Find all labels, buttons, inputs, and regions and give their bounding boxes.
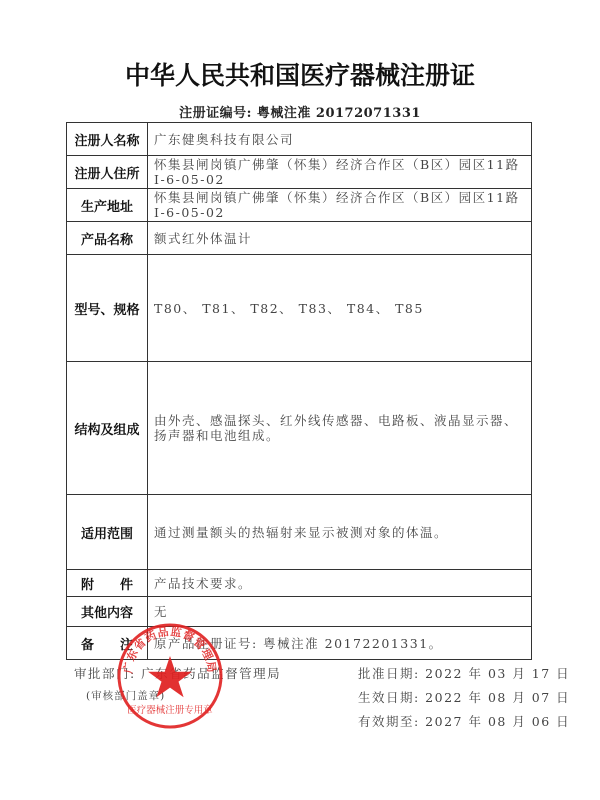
row-value: 怀集县闸岗镇广佛肇（怀集）经济合作区（B区）园区11路I-6-05-02 (148, 156, 532, 189)
row-label: 适用范围 (67, 495, 148, 570)
row-label: 注册人名称 (67, 123, 148, 156)
row-label: 注册人住所 (67, 156, 148, 189)
row-label: 型号、规格 (67, 255, 148, 362)
row-label: 结构及组成 (67, 362, 148, 495)
certificate-table: 注册人名称 广东健奥科技有限公司 注册人住所 怀集县闸岗镇广佛肇（怀集）经济合作… (66, 122, 532, 660)
row-value: T80、 T81、 T82、 T83、 T84、 T85 (148, 255, 532, 362)
effective-date: 生效日期: 2022 年 08 月 07 日 (358, 688, 570, 706)
table-row: 注册人住所 怀集县闸岗镇广佛肇（怀集）经济合作区（B区）园区11路I-6-05-… (67, 156, 532, 189)
row-value: 通过测量额头的热辐射来显示被测对象的体温。 (148, 495, 532, 570)
row-value: 产品技术要求。 (148, 570, 532, 597)
table-row: 注册人名称 广东健奥科技有限公司 (67, 123, 532, 156)
row-value: 无 (148, 597, 532, 627)
table-row: 备 注 原产品注册证号: 粤械注准 20172201331。 (67, 627, 532, 660)
table-row: 适用范围 通过测量额头的热辐射来显示被测对象的体温。 (67, 495, 532, 570)
row-label: 其他内容 (67, 597, 148, 627)
row-label: 附 件 (67, 570, 148, 597)
expiry-date: 有效期至: 2027 年 08 月 06 日 (358, 712, 570, 730)
row-label: 生产地址 (67, 189, 148, 222)
row-value: 由外壳、感温探头、红外线传感器、电路板、液晶显示器、扬声器和电池组成。 (148, 362, 532, 495)
table-row: 结构及组成 由外壳、感温探头、红外线传感器、电路板、液晶显示器、扬声器和电池组成… (67, 362, 532, 495)
row-value: 原产品注册证号: 粤械注准 20172201331。 (148, 627, 532, 660)
table-row: 其他内容 无 (67, 597, 532, 627)
registration-number: 注册证编号: 粤械注准 20172071331 (0, 102, 600, 121)
approval-date: 批准日期: 2022 年 03 月 17 日 (358, 664, 570, 682)
table-row: 型号、规格 T80、 T81、 T82、 T83、 T84、 T85 (67, 255, 532, 362)
table-row: 生产地址 怀集县闸岗镇广佛肇（怀集）经济合作区（B区）园区11路I-6-05-0… (67, 189, 532, 222)
approval-department-note: (审核部门盖章) (86, 688, 165, 703)
row-label: 备 注 (67, 627, 148, 660)
seal-bottom-text: 医疗器械注册专用章 (127, 704, 213, 716)
table-row: 附 件 产品技术要求。 (67, 570, 532, 597)
row-value: 广东健奥科技有限公司 (148, 123, 532, 156)
row-label: 产品名称 (67, 222, 148, 255)
document-title: 中华人民共和国医疗器械注册证 (0, 56, 600, 92)
row-value: 怀集县闸岗镇广佛肇（怀集）经济合作区（B区）园区11路I-6-05-02 (148, 189, 532, 222)
table-row: 产品名称 额式红外体温计 (67, 222, 532, 255)
row-value: 额式红外体温计 (148, 222, 532, 255)
approval-department: 审批部门: 广东省药品监督管理局 (74, 664, 281, 682)
